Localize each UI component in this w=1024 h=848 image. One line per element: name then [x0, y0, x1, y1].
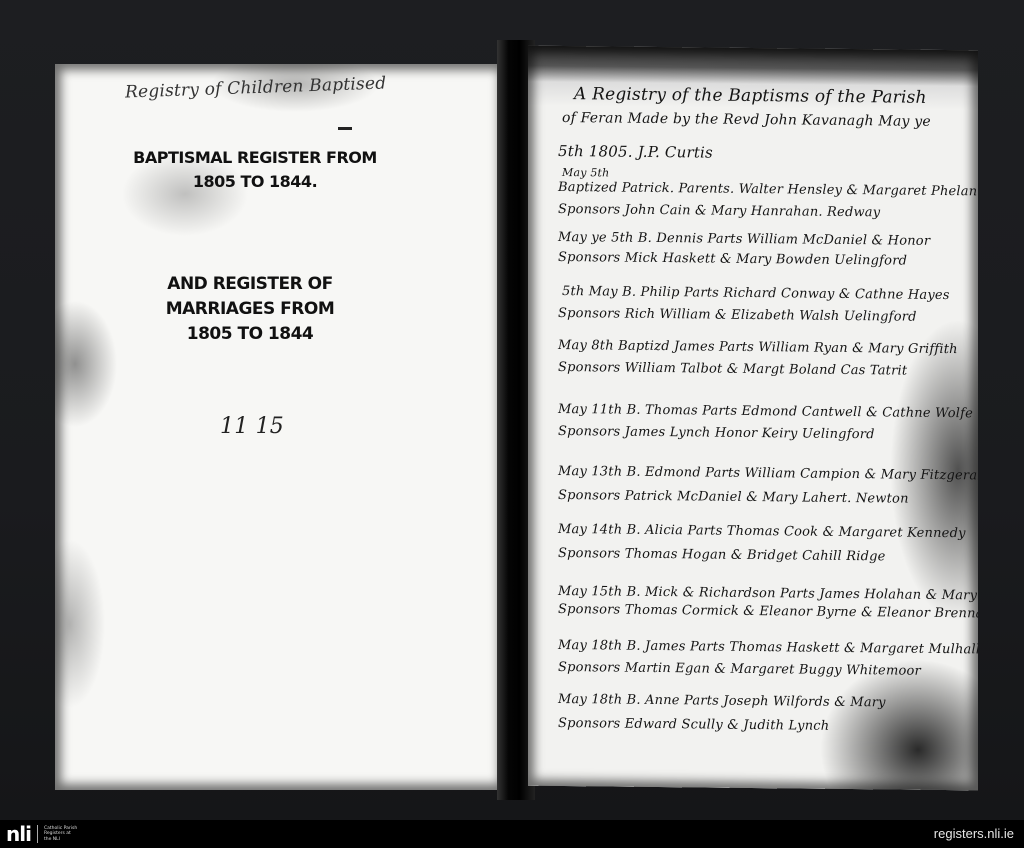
page-marks: 11 15 — [220, 414, 284, 439]
entry-line: 5th May B. Philip Parts Richard Conway &… — [562, 284, 950, 303]
site-link[interactable]: registers.nli.ie — [934, 826, 1014, 841]
register-heading-line: A Registry of the Baptisms of the Parish — [574, 84, 927, 108]
nli-logo-mark: nli — [6, 823, 31, 845]
baptismal-register-title: BAPTISMAL REGISTER FROM 1805 TO 1844. — [115, 146, 395, 194]
left-page-script-heading: Registry of Children Baptised — [125, 73, 387, 102]
entry-line: May ye 5th B. Dennis Parts William McDan… — [558, 230, 930, 249]
logo-text-line: the NLI — [44, 837, 80, 843]
scanned-register-image: Registry of Children Baptised BAPTISMAL … — [0, 0, 1024, 820]
entry-line: May 14th B. Alicia Parts Thomas Cook & M… — [558, 522, 966, 541]
marriage-register-title: AND REGISTER OF MARRIAGES FROM 1805 TO 1… — [145, 272, 355, 347]
nli-logo-text: Catholic Parish Registers at the NLI — [44, 826, 80, 843]
register-heading-line: 5th 1805. J.P. Curtis — [558, 142, 713, 162]
entry-line: May 18th B. James Parts Thomas Haskett &… — [558, 638, 978, 657]
right-page: A Registry of the Baptisms of the Parish… — [528, 46, 978, 791]
entry-line: May 18th B. Anne Parts Joseph Wilfords &… — [558, 692, 886, 710]
entry-line: Sponsors Thomas Cormick & Eleanor Byrne … — [558, 602, 978, 622]
entry-line: May 8th Baptizd James Parts William Ryan… — [558, 338, 958, 357]
nli-logo[interactable]: nli Catholic Parish Registers at the NLI — [6, 823, 80, 845]
entry-line: Sponsors John Cain & Mary Hanrahan. Redw… — [558, 202, 880, 220]
entry-line: May 11th B. Thomas Parts Edmond Cantwell… — [558, 402, 973, 421]
entry-line: Sponsors Edward Scully & Judith Lynch — [558, 716, 829, 734]
entry-line: May 15th B. Mick & Richardson Parts Jame… — [558, 584, 977, 603]
entry-line: Sponsors Rich William & Elizabeth Walsh … — [558, 306, 917, 325]
entry-line: Baptized Patrick. Parents. Walter Hensle… — [558, 180, 977, 199]
entry-line: Sponsors James Lynch Honor Keiry Uelingf… — [558, 424, 875, 442]
title-line: 1805 TO 1844. — [115, 170, 395, 194]
left-page: Registry of Children Baptised BAPTISMAL … — [55, 64, 505, 790]
register-heading-line: of Feran Made by the Revd John Kavanagh … — [562, 110, 931, 130]
title-line: AND REGISTER OF — [145, 272, 355, 297]
entry-line: Sponsors William Talbot & Margt Boland C… — [558, 360, 907, 379]
title-line: 1805 TO 1844 — [145, 322, 355, 347]
entry-line: Sponsors Martin Egan & Margaret Buggy Wh… — [558, 660, 921, 679]
title-line: MARRIAGES FROM — [145, 297, 355, 322]
logo-divider — [37, 825, 38, 843]
footer-bar: nli Catholic Parish Registers at the NLI… — [0, 820, 1024, 848]
dash-mark — [338, 127, 352, 130]
entry-date: May 5th — [562, 166, 609, 179]
entry-line: Sponsors Patrick McDaniel & Mary Lahert.… — [558, 488, 909, 507]
entry-line: Sponsors Thomas Hogan & Bridget Cahill R… — [558, 546, 886, 564]
entry-line: Sponsors Mick Haskett & Mary Bowden Ueli… — [558, 250, 907, 269]
entry-line: May 13th B. Edmond Parts William Campion… — [558, 464, 978, 484]
title-line: BAPTISMAL REGISTER FROM — [115, 146, 395, 170]
